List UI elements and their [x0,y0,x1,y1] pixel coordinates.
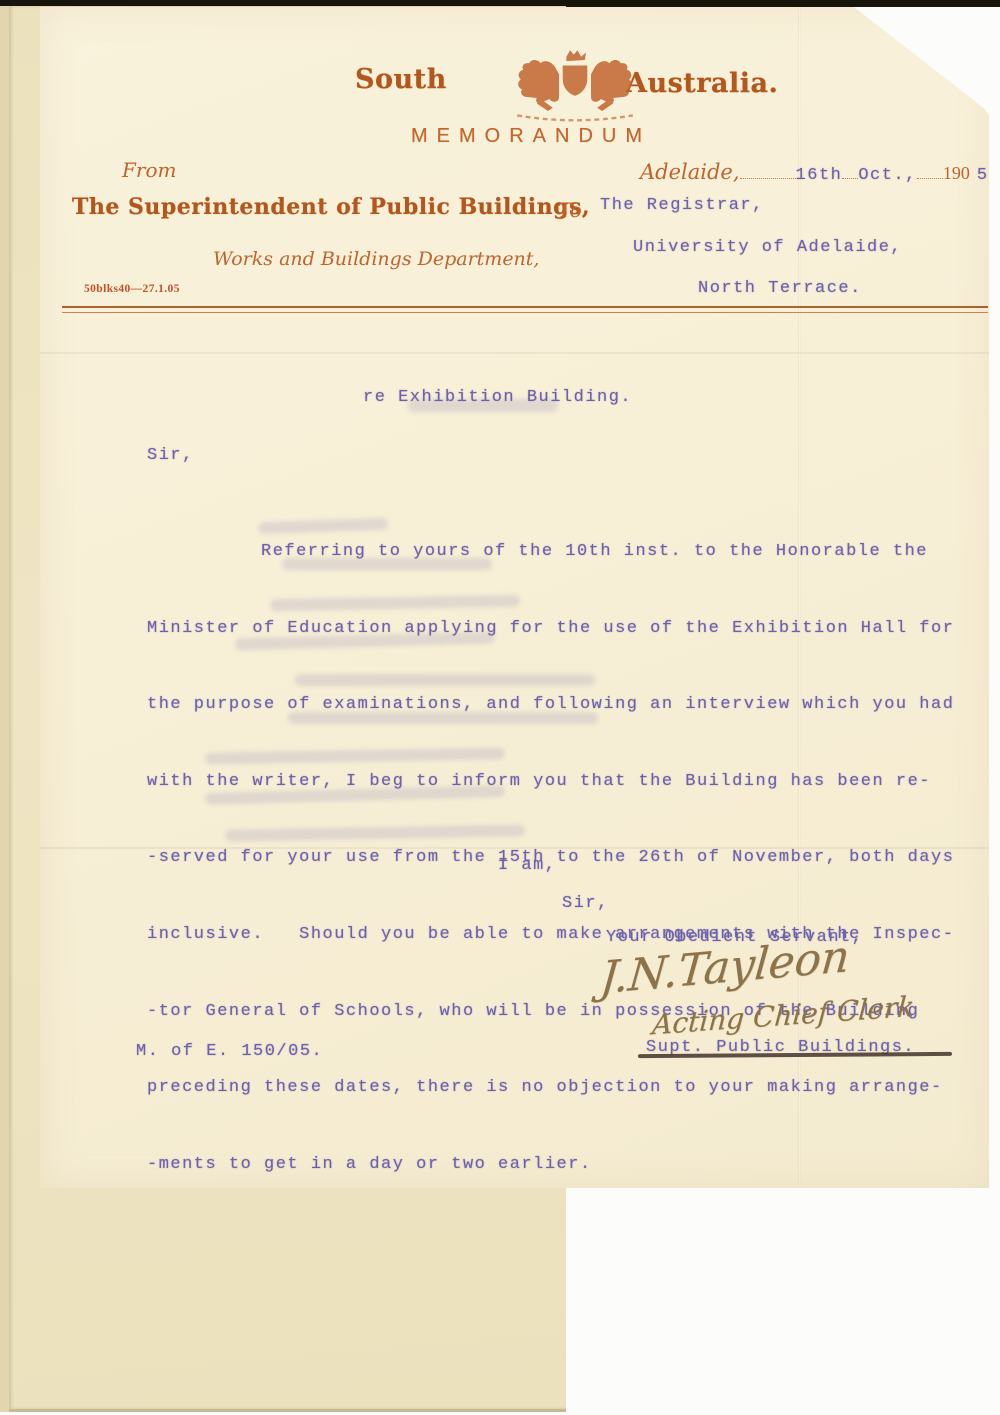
memorandum-title: MEMORANDUM [331,125,731,148]
body-line: Referring to yours of the 10th inst. to … [147,533,987,572]
salutation: Sir, [147,446,194,465]
recipient-street: North Terrace. [698,279,862,298]
ink-smudge [288,712,598,724]
dotted-leader [917,162,943,179]
ink-smudge [282,558,492,570]
ink-smudge [295,674,595,686]
date-month-typed: Oct., [858,166,917,185]
year-printed: 190 [943,163,970,184]
year-digit-typed: 5 [977,166,989,185]
from-label: From [122,158,176,182]
body-line: -served for your use from the 15th to th… [147,839,987,878]
body-line: preceding these dates, there is no objec… [147,1069,987,1108]
sender-title: The Superintendent of Public Buildings, [72,194,590,220]
header-region-left: South [355,64,447,95]
dotted-leader [842,162,858,179]
form-code: 50blks40—27.1.05 [84,283,180,295]
scanned-memorandum-page: South Australia. MEMORANDUM From Adelaid… [0,0,1000,1415]
date-day-typed: 16th [796,166,843,185]
closing-sir: Sir, [562,894,609,913]
to-label: To [558,198,582,222]
memo-sheet: South Australia. MEMORANDUM From Adelaid… [40,7,992,1188]
closing-i-am: I am, [498,856,557,875]
coat-of-arms-icon [495,47,655,123]
place-printed: Adelaide, [640,160,740,184]
file-reference: M. of E. 150/05. [136,1042,323,1061]
fold-crease-horizontal [40,352,992,354]
recipient-name: The Registrar, [600,196,764,215]
department-line: Works and Buildings Department, [213,248,539,270]
recipient-org: University of Adelaide, [633,238,902,257]
dotted-leader [740,162,796,179]
body-line: -ments to get in a day or two earlier. [147,1146,987,1185]
letterhead-rule [62,306,988,313]
ink-smudge [408,399,558,412]
dateline: Adelaide, 16th Oct., 190 5 [640,160,989,185]
